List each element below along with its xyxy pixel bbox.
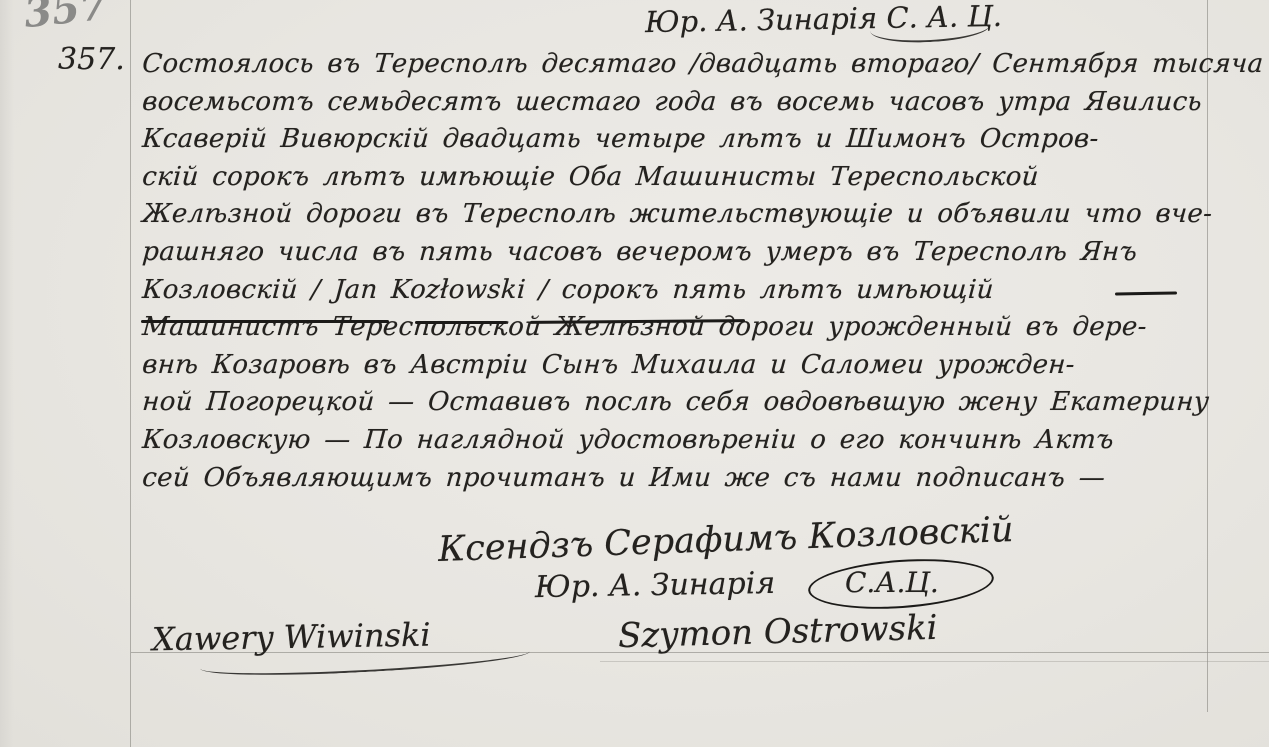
act-body-line: скій сорокъ лѣтъ имѣющіе Оба Машинисты Т… xyxy=(141,159,1174,197)
act-body-line: Машинистъ Тереспольской Желѣзной дороги … xyxy=(141,309,1174,347)
folio-number-pencil: 357 xyxy=(22,0,110,37)
act-body-line: рашняго числа въ пять часовъ вечеромъ ум… xyxy=(141,234,1174,272)
act-body-line: внѣ Козаровѣ въ Австріи Сынъ Михаила и С… xyxy=(141,347,1174,385)
paraph-oval-flourish xyxy=(807,554,996,615)
act-body-line: восемьсотъ семьдесятъ шестаго года въ во… xyxy=(141,84,1174,122)
act-body-line: Ксаверій Вивюрскій двадцать четыре лѣтъ … xyxy=(141,121,1174,159)
act-body-line: Козловскую — По наглядной удостовѣреніи … xyxy=(141,422,1174,460)
scan-edge-shadow xyxy=(0,0,14,747)
ink-underline xyxy=(141,320,389,323)
act-body-line: Желѣзной дороги въ Тересполѣ жительствую… xyxy=(141,196,1174,234)
ink-underline xyxy=(415,321,507,324)
right-margin-rule xyxy=(1207,0,1208,712)
header-paraph-flourish xyxy=(869,11,990,45)
act-body-line: Состоялось въ Тересполѣ десятаго /двадца… xyxy=(141,46,1174,84)
bottom-row-rule-faint xyxy=(600,661,1269,662)
witness-signature-right: Szymon Ostrowski xyxy=(618,608,939,656)
left-margin-rule xyxy=(130,0,131,747)
act-body-line: ной Погорецкой — Оставивъ послѣ себя овд… xyxy=(141,384,1174,422)
countersignature: Юр. А. Зинарія xyxy=(535,566,776,605)
act-body-line: Козловскій / Jan Kozłowski / сорокъ пять… xyxy=(141,272,1174,310)
scanned-record-page: 357 357. Юр. А. Зинарія С. А. Ц. Состоял… xyxy=(0,0,1269,747)
act-number: 357. xyxy=(58,42,125,77)
act-body: Состоялось въ Тересполѣ десятаго /двадца… xyxy=(141,46,1171,497)
act-body-line: сей Объявляющимъ прочитанъ и Ими же съ н… xyxy=(141,460,1174,498)
